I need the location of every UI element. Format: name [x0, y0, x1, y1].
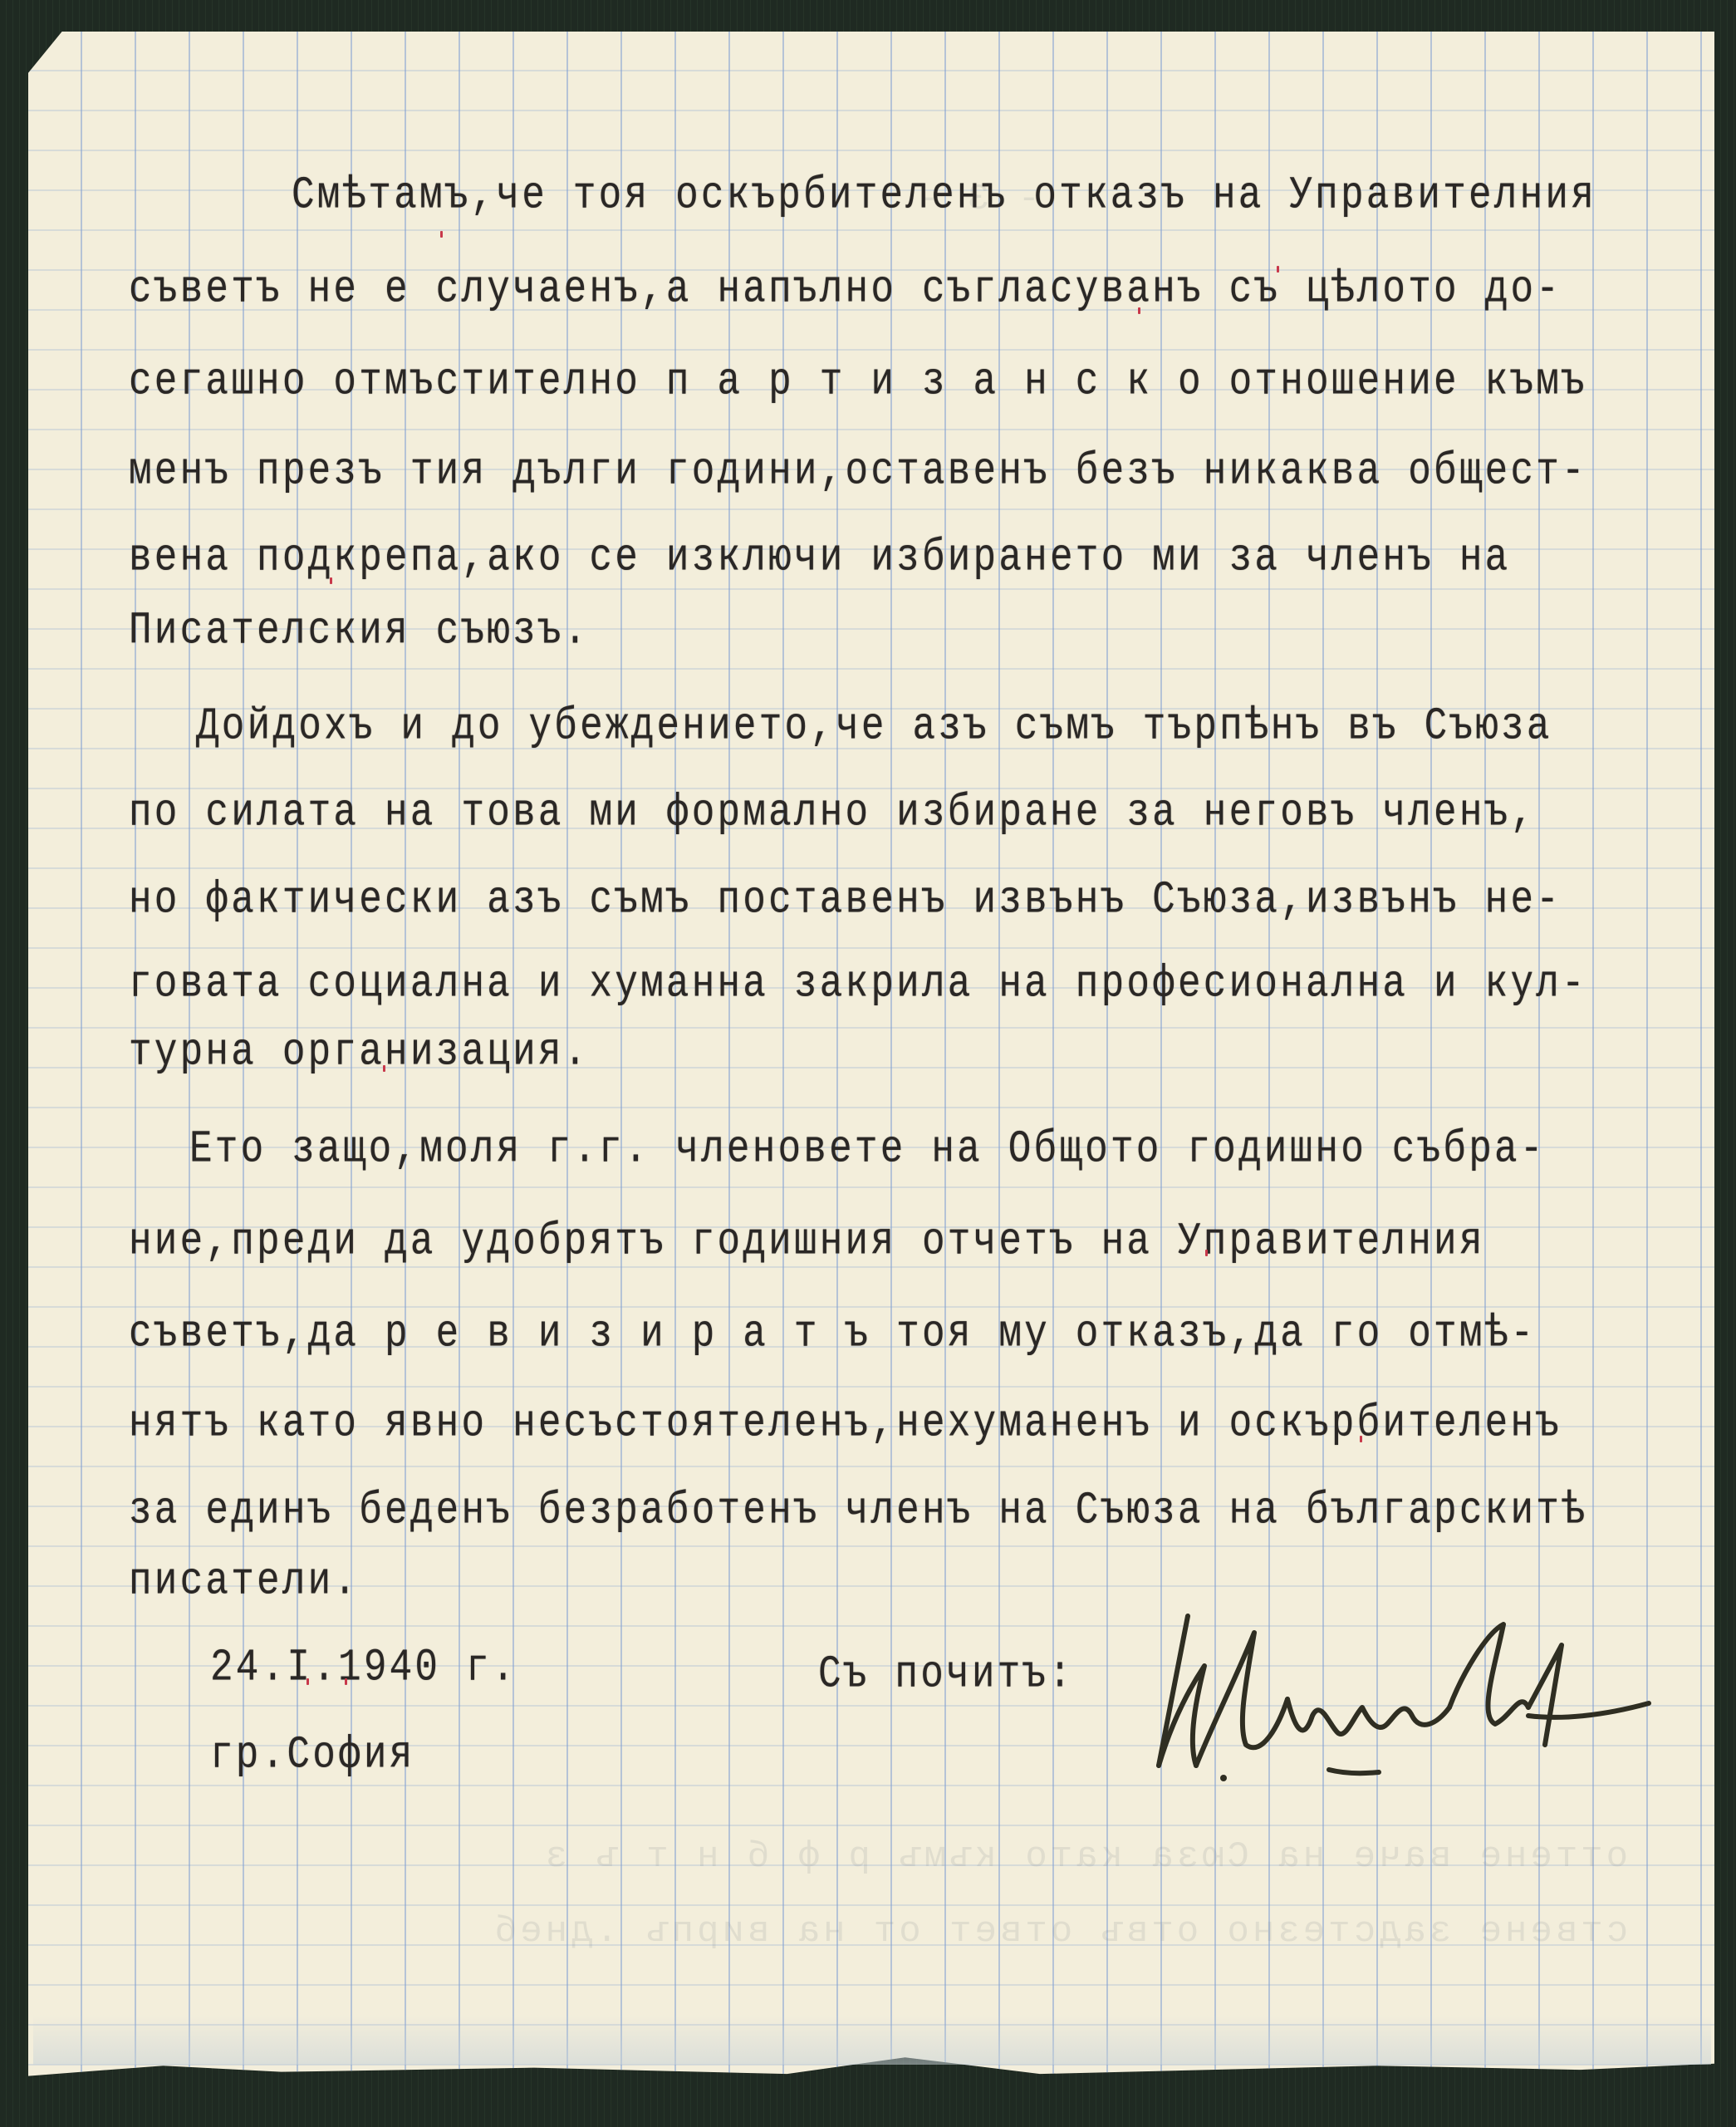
- text-line: съветъ не е случаенъ,а напълно съгласува…: [129, 260, 1562, 319]
- red-correction-mark: [1360, 1436, 1362, 1442]
- red-correction-mark: [1277, 266, 1279, 273]
- text-line: ние,преди да удобрятъ годишния отчетъ на…: [129, 1212, 1485, 1271]
- place-line: гр.София: [210, 1726, 414, 1785]
- text-line: нятъ като явно несъстоятеленъ,нехуманенъ…: [129, 1394, 1562, 1453]
- torn-paper-edge: [33, 2015, 1711, 2065]
- date-line: 24.I.1940 г.: [210, 1638, 517, 1697]
- red-correction-mark: [1138, 307, 1140, 314]
- text-line: говата социална и хуманна закрила на про…: [129, 955, 1587, 1014]
- red-correction-mark: [330, 577, 332, 584]
- text-line: менъ презъ тия дълги години,оставенъ без…: [129, 442, 1587, 501]
- text-line: за единъ беденъ безработенъ членъ на Съю…: [129, 1481, 1587, 1540]
- text-line: турна организация.: [129, 1023, 589, 1082]
- handwritten-signature-icon: [1138, 1599, 1653, 1782]
- show-through-text: оттене ваче на Сюза като къмъ р ф б н т …: [50, 1836, 1628, 1878]
- text-line: вена подкрепа,ако се изключи избирането …: [129, 528, 1510, 587]
- text-line: Писателския съюзъ.: [129, 602, 589, 661]
- text-line: Ето защо,моля г.г. членовете на Общото г…: [189, 1120, 1546, 1179]
- red-correction-mark: [383, 1065, 385, 1072]
- text-line: сегашно отмъстително п а р т и з а н с к…: [129, 352, 1587, 411]
- text-line: Смѣтамъ,че тоя оскърбителенъ отказъ на У…: [292, 166, 1596, 225]
- red-correction-mark: [1205, 1250, 1208, 1256]
- red-correction-mark: [306, 1678, 309, 1685]
- text-line: но фактически азъ съмъ поставенъ извънъ …: [129, 871, 1562, 930]
- red-correction-mark: [345, 1678, 347, 1685]
- text-line: писатели.: [129, 1552, 359, 1611]
- text-line: Дойдохъ и до убеждението,че азъ съмъ тър…: [196, 697, 1552, 756]
- text-line: съветъ,да р е в и з и р а т ъ тоя му отк…: [129, 1304, 1536, 1363]
- text-line: по силата на това ми формално избиране з…: [129, 784, 1536, 842]
- show-through-text: ствене задстезно отвъ ответ от на вирпъ …: [50, 1911, 1628, 1953]
- closing-line: Съ почитъ:: [818, 1645, 1074, 1704]
- red-correction-mark: [440, 231, 443, 238]
